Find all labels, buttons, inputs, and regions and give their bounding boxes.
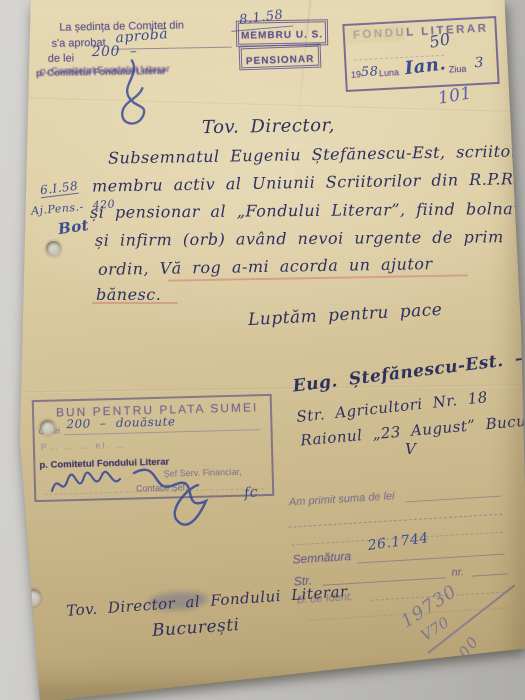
- payment-initials-handwritten: fc: [243, 484, 259, 501]
- receipt-dots: [288, 514, 502, 528]
- approval-line3: de lei: [48, 52, 75, 64]
- registry-year-handwritten: 58: [361, 64, 379, 80]
- receipt-line: [472, 573, 508, 576]
- slogan-handwritten: Luptăm pentru pace: [248, 300, 443, 330]
- registry-day-handwritten: 3: [474, 55, 484, 71]
- receipt-signature-handwritten: 26.1744: [367, 530, 430, 554]
- receipt-signature-label: Semnătura: [292, 549, 351, 567]
- footer-line2: București: [151, 615, 240, 641]
- receipt-line: [405, 496, 501, 503]
- stamp-fade-overlay: [345, 25, 406, 44]
- punched-hole: [46, 241, 61, 256]
- registry-month-handwritten: Ian.: [404, 53, 448, 79]
- page-number-handwritten: 101: [437, 83, 474, 109]
- payment-faint-line: P… … … el. …: [41, 440, 127, 452]
- letter-salutation: Tov. Director,: [202, 115, 335, 138]
- member-badge-stamp: MEMBRU U. S.: [236, 19, 328, 47]
- letter-line: membru activ al Uniunii Scriitorilor din…: [92, 169, 514, 195]
- checkmark-handwritten: V: [405, 440, 416, 458]
- registry-number-handwritten: 50: [428, 29, 453, 52]
- letter-line: Subsemnatul Eugeniu Ștefănescu-Est, scri…: [108, 141, 523, 167]
- receipt-received-label: Am primit suma de lei: [289, 490, 395, 508]
- margin-date: 6.I.58: [39, 179, 79, 199]
- registry-stamp: FONDUL LITERAR 50 19 58 Luna Ian. Ziua 3: [342, 16, 499, 92]
- letter-line: și infirm (orb) având nevoi urgente de p…: [95, 227, 504, 250]
- letter-line: și pensionar al „Fondului Literar”, fiin…: [90, 199, 523, 222]
- sender-signature: Eug. Ștefănescu-Est. —: [292, 347, 525, 396]
- photo-of-document: { "colors": { "photo_bg": "#c7c6c4", "pa…: [0, 0, 525, 700]
- member-badge-label: MEMBRU U. S.: [241, 29, 323, 41]
- registry-year-prefix: 19: [351, 69, 362, 80]
- receipt-line: [357, 554, 505, 564]
- registry-day-label: Ziua: [449, 64, 467, 75]
- paper-sheet-wrap: La ședința de Comitet din 8.1.58 s'a apr…: [0, 0, 525, 700]
- paper-sheet: La ședința de Comitet din 8.1.58 s'a apr…: [0, 0, 525, 700]
- signature-flourish: [102, 58, 163, 129]
- pencil-number-c: 200.00: [429, 632, 483, 694]
- pensioner-badge-label: PENSIONAR: [246, 54, 315, 67]
- receipt-nr-label: nr.: [451, 566, 464, 579]
- pensioner-badge-stamp: PENSIONAR: [239, 44, 322, 71]
- punched-hole: [40, 420, 55, 435]
- margin-initials: Bot: [57, 216, 90, 238]
- red-underline: [92, 302, 178, 304]
- payment-amount-handwritten: 200 – douăsute: [66, 414, 175, 431]
- registry-month-label: Luna: [379, 67, 400, 78]
- punched-hole: [24, 589, 41, 606]
